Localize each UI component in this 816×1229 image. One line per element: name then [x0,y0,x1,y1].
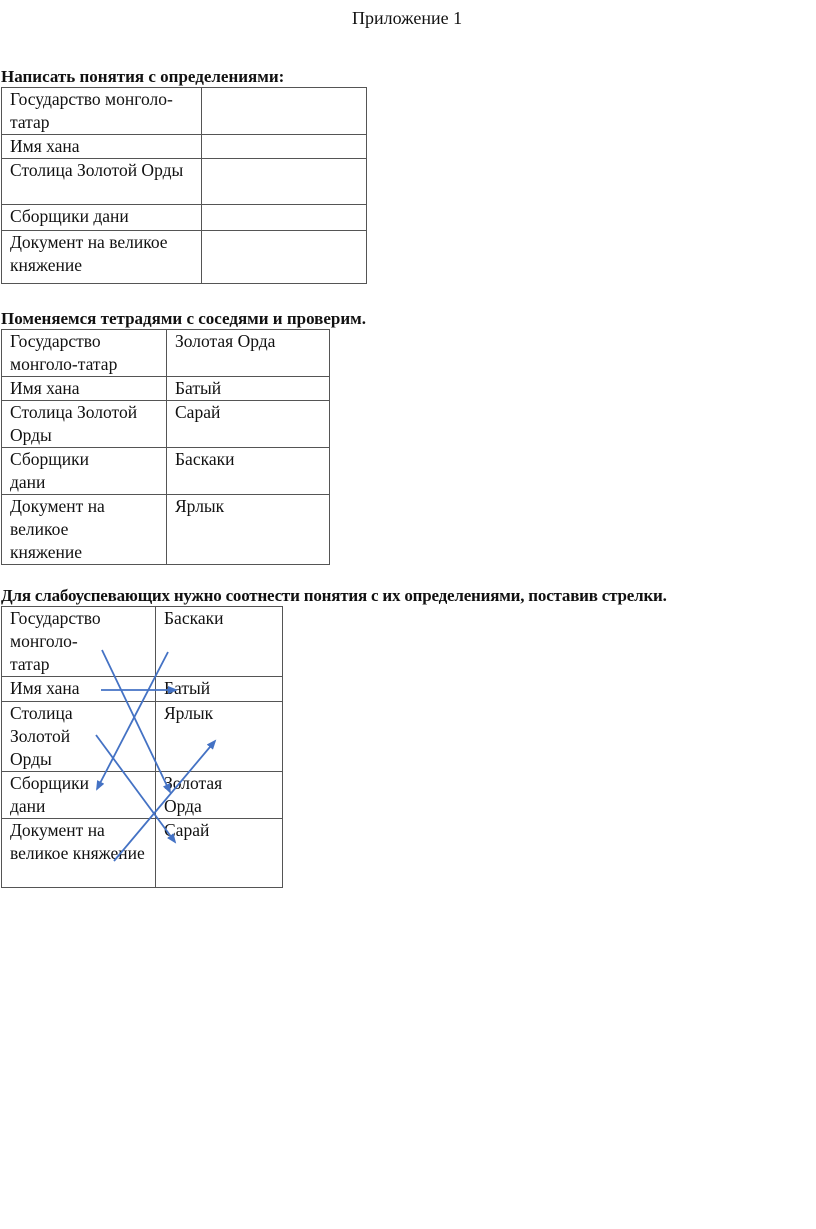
term-cell: Документ на великое княжение [2,495,167,565]
answer-cell: Золотая Орда [167,330,330,377]
term-cell: Сборщики дани [2,448,167,495]
table-row: Сборщики дани Баскаки [2,448,330,495]
section1-heading: Написать понятия с определениями: [1,67,284,87]
section3-heading: Для слабоуспевающих нужно соотнести поня… [1,586,667,606]
answer-cell[interactable] [202,159,367,205]
table-row: Государство монголо-татар Баскаки [2,607,283,677]
term-cell: Сборщики дани [2,205,202,231]
answer-cell[interactable] [202,205,367,231]
definition-cell: Сарай [156,819,283,888]
table-row: Имя хана Батый [2,377,330,401]
term-cell: Государство монголо-татар [2,88,202,135]
term-cell: Сборщики дани [2,772,156,819]
term-cell: Документ на великое княжение [2,231,202,284]
table-row: Имя хана Батый [2,677,283,702]
definition-cell: Ярлык [156,702,283,772]
answer-cell[interactable] [202,88,367,135]
answer-cell: Сарай [167,401,330,448]
answer-cell[interactable] [202,231,367,284]
term-cell: Имя хана [2,677,156,702]
answer-cell: Ярлык [167,495,330,565]
term-cell: Государство монголо-татар [2,607,156,677]
definition-cell: Баскаки [156,607,283,677]
definition-cell: Батый [156,677,283,702]
answer-cell: Батый [167,377,330,401]
answer-cell: Баскаки [167,448,330,495]
table-row: Столица Золотой Орды Ярлык [2,702,283,772]
section3-table: Государство монголо-татар Баскаки Имя ха… [1,606,283,888]
section2-heading: Поменяемся тетрадями с соседями и провер… [1,309,366,329]
table-row: Государство монголо-татар [2,88,367,135]
table-row: Государство монголо-татар Золотая Орда [2,330,330,377]
table-row: Документ на великое княжение Ярлык [2,495,330,565]
term-cell: Имя хана [2,135,202,159]
term-cell: Имя хана [2,377,167,401]
term-cell: Государство монголо-татар [2,330,167,377]
section1-table: Государство монголо-татар Имя хана Столи… [1,87,367,284]
table-row: Сборщики дани Золотая Орда [2,772,283,819]
answer-cell[interactable] [202,135,367,159]
table-row: Столица Золотой Орды [2,159,367,205]
definition-cell: Золотая Орда [156,772,283,819]
term-cell: Столица Золотой Орды [2,401,167,448]
appendix-label: Приложение 1 [352,8,462,29]
table-row: Сборщики дани [2,205,367,231]
table-row: Имя хана [2,135,367,159]
term-cell: Столица Золотой Орды [2,159,202,205]
term-cell: Документ на великое княжение [2,819,156,888]
table-row: Столица Золотой Орды Сарай [2,401,330,448]
table-row: Документ на великое княжение Сарай [2,819,283,888]
section2-table: Государство монголо-татар Золотая Орда И… [1,329,330,565]
term-cell: Столица Золотой Орды [2,702,156,772]
table-row: Документ на великое княжение [2,231,367,284]
